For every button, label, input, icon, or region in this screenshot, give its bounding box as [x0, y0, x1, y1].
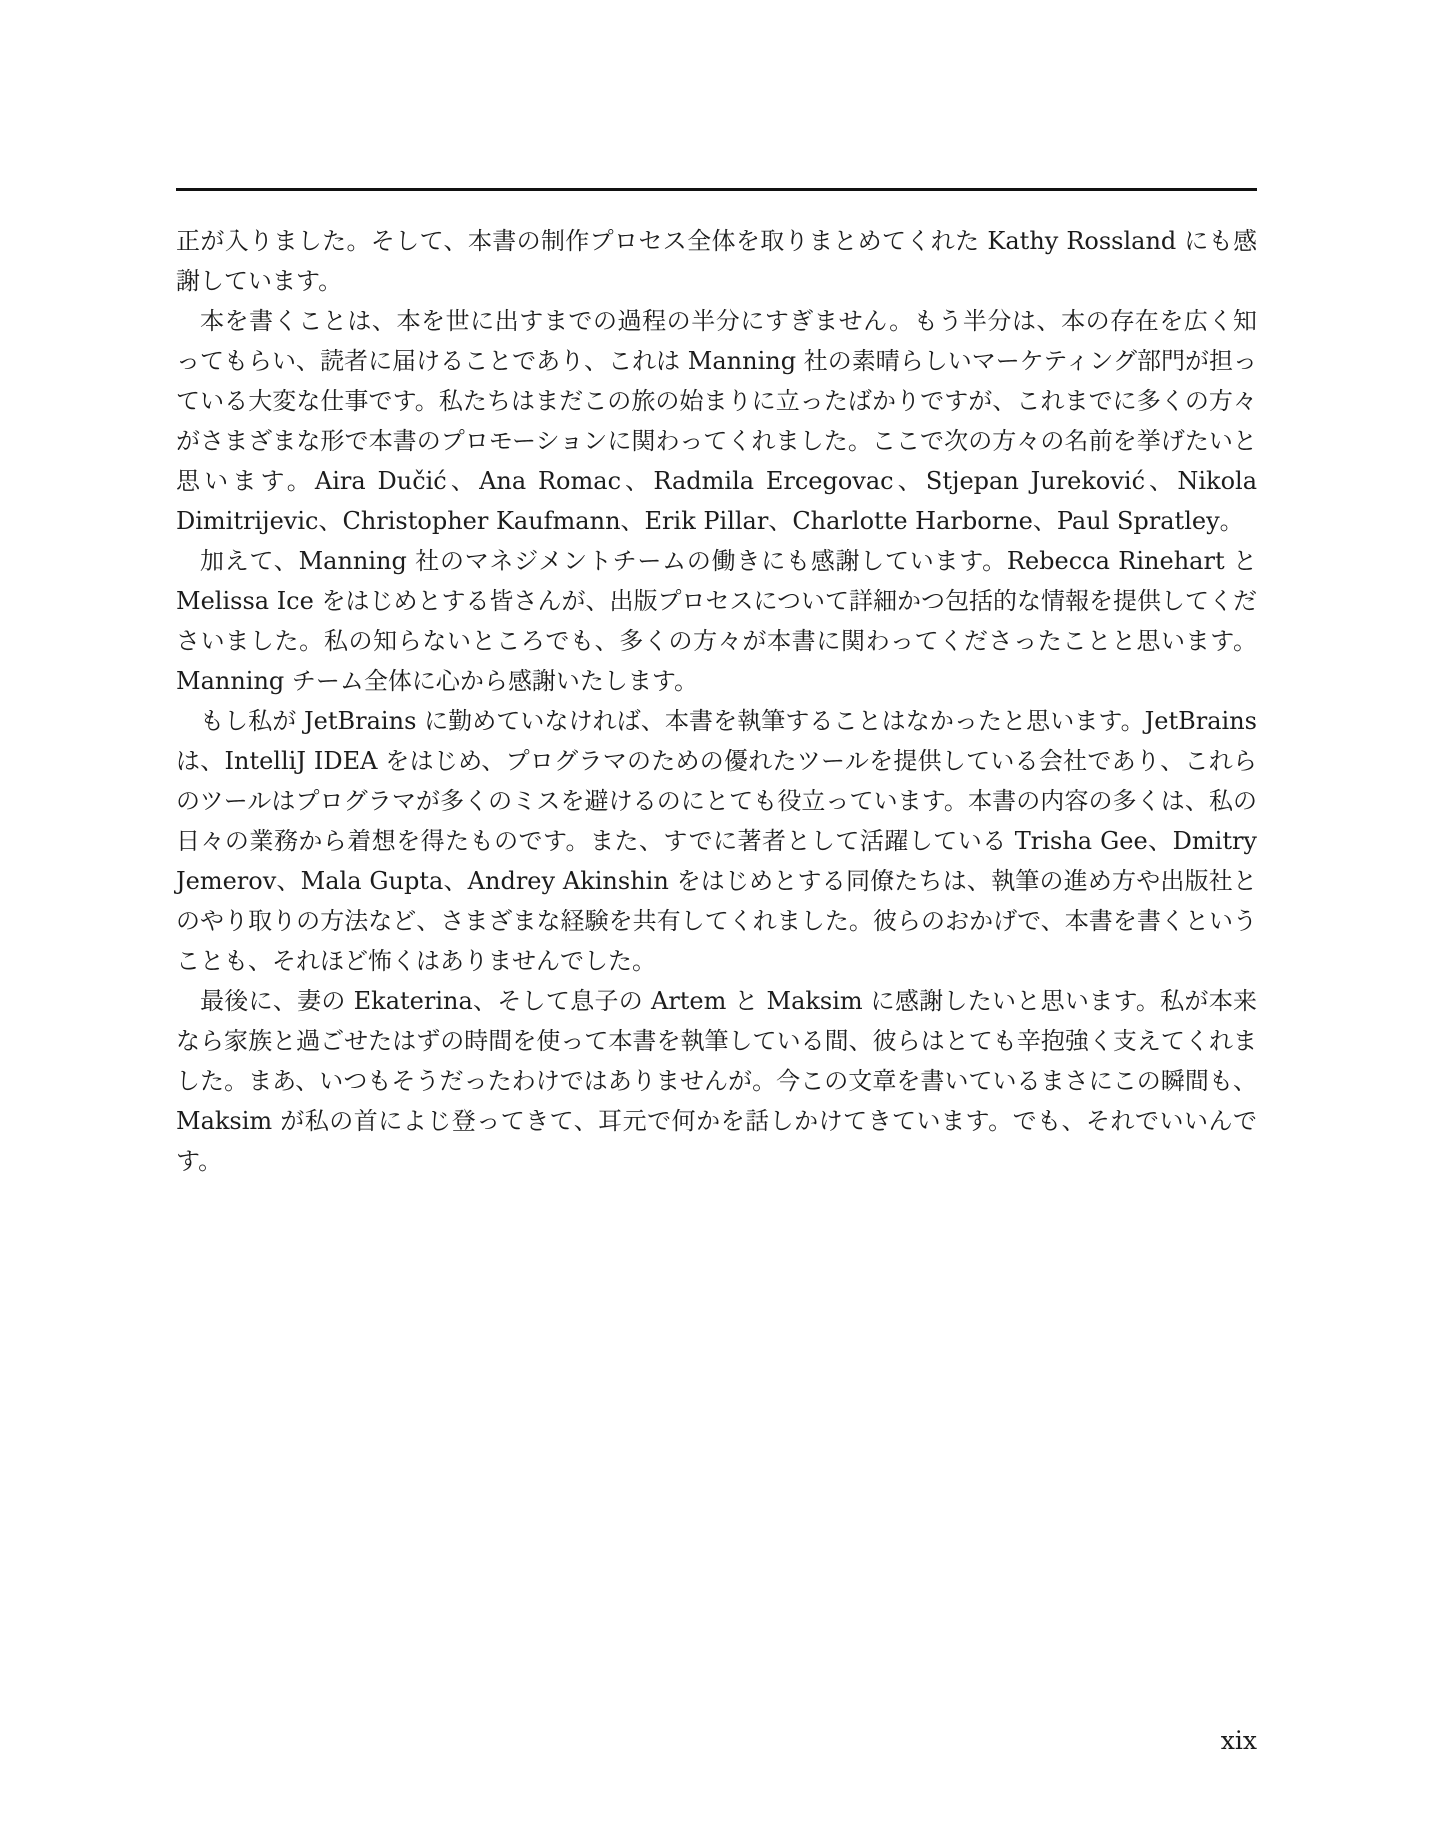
header-rule — [176, 188, 1257, 191]
acknowledgments-text: 正が入りました。そして、本書の制作プロセス全体を取りまとめてくれた Kathy … — [176, 221, 1257, 1181]
paragraph-continuation: 正が入りました。そして、本書の制作プロセス全体を取りまとめてくれた Kathy … — [176, 221, 1257, 301]
page-footer: xix — [176, 1726, 1257, 1756]
page-number: xix — [1221, 1726, 1257, 1755]
paragraph-family-thanks: 最後に、妻の Ekaterina、そして息子の Artem と Maksim に… — [176, 981, 1257, 1181]
paragraph-management-thanks: 加えて、Manning 社のマネジメントチームの働きにも感謝しています。Rebe… — [176, 541, 1257, 701]
book-page: 正が入りました。そして、本書の制作プロセス全体を取りまとめてくれた Kathy … — [0, 0, 1433, 1827]
paragraph-jetbrains-thanks: もし私が JetBrains に勤めていなければ、本書を執筆することはなかったと… — [176, 701, 1257, 981]
paragraph-marketing-thanks: 本を書くことは、本を世に出すまでの過程の半分にすぎません。もう半分は、本の存在を… — [176, 301, 1257, 541]
